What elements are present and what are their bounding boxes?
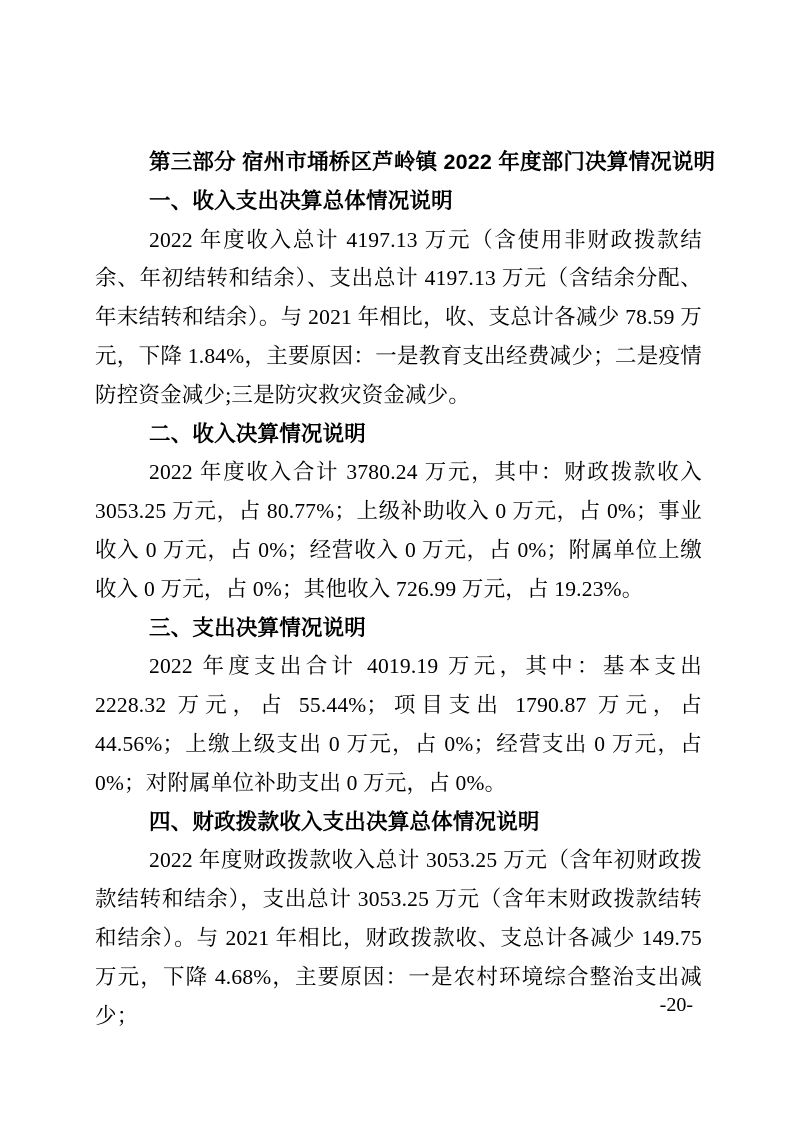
document-title: 第三部分 宿州市埇桥区芦岭镇 2022 年度部门决算情况说明: [95, 143, 702, 182]
document-content: 第三部分 宿州市埇桥区芦岭镇 2022 年度部门决算情况说明 一、收入支出决算总…: [95, 143, 702, 1035]
page-footer: -20-: [660, 995, 693, 1015]
section-4-paragraph: 2022 年度财政拨款收入总计 3053.25 万元（含年初财政拨款结转和结余）…: [95, 841, 702, 1035]
section-2-paragraph: 2022 年度收入合计 3780.24 万元，其中：财政拨款收入 3053.25…: [95, 453, 702, 608]
section-revenue-details: 二、收入决算情况说明 2022 年度收入合计 3780.24 万元，其中：财政拨…: [95, 415, 702, 609]
section-fiscal-appropriation-overview: 四、财政拨款收入支出决算总体情况说明 2022 年度财政拨款收入总计 3053.…: [95, 803, 702, 1036]
section-3-paragraph: 2022 年度支出合计 4019.19 万元，其中：基本支出 2228.32 万…: [95, 647, 702, 802]
section-revenue-expenditure-overview: 一、收入支出决算总体情况说明 2022 年度收入总计 4197.13 万元（含使…: [95, 182, 702, 415]
section-2-heading: 二、收入决算情况说明: [95, 415, 702, 454]
section-4-heading: 四、财政拨款收入支出决算总体情况说明: [95, 803, 702, 842]
page-number: -20-: [660, 994, 693, 1016]
section-3-heading: 三、支出决算情况说明: [95, 609, 702, 648]
section-1-heading: 一、收入支出决算总体情况说明: [95, 182, 702, 221]
section-1-paragraph: 2022 年度收入总计 4197.13 万元（含使用非财政拨款结余、年初结转和结…: [95, 221, 702, 415]
section-expenditure-details: 三、支出决算情况说明 2022 年度支出合计 4019.19 万元，其中：基本支…: [95, 609, 702, 803]
document-page: 第三部分 宿州市埇桥区芦岭镇 2022 年度部门决算情况说明 一、收入支出决算总…: [0, 0, 793, 1122]
